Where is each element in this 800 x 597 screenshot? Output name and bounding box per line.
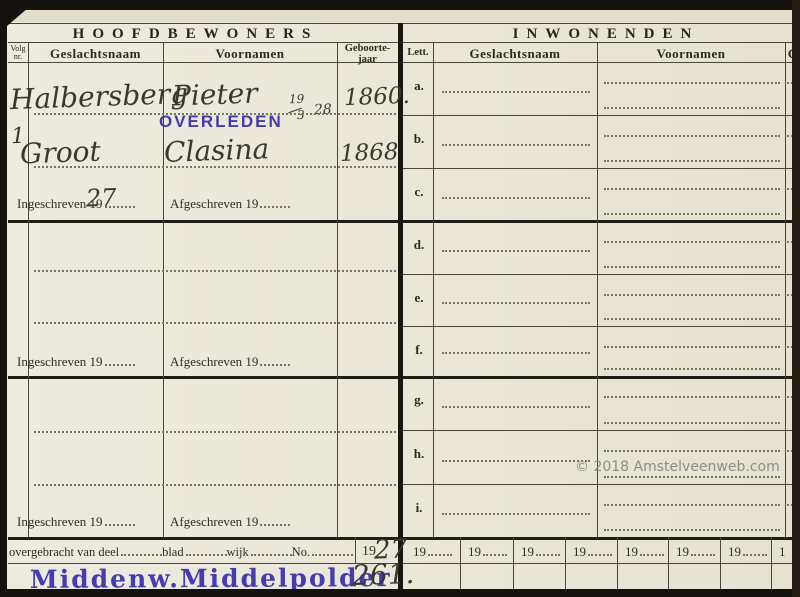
year-cell-label: 19 — [625, 544, 638, 559]
writing-line — [34, 270, 396, 272]
year-cell-label: 19 — [728, 544, 741, 559]
ingeschreven-text: Ingeschreven 19 — [17, 354, 103, 369]
wijk-label: wijk — [227, 545, 249, 560]
row-letter: g. — [406, 392, 432, 408]
ingeschreven-text: Ingeschreven 19 — [17, 514, 103, 529]
register-card-scan: HOOFDBEWONERS INWONENDEN Volg nr. Geslac… — [0, 0, 800, 597]
column-header-birthyear-line1: Geboorte- — [345, 43, 390, 54]
grid-line — [28, 42, 29, 537]
house-number-value: 261. — [351, 557, 414, 592]
year-cell: 19 — [625, 544, 664, 560]
writing-line — [442, 352, 590, 354]
section-title-inwonenden: INWONENDEN — [420, 26, 792, 43]
entry-birthyear: 1868 — [340, 139, 399, 167]
year-cell: 19 — [676, 544, 715, 560]
scan-edge — [0, 0, 800, 10]
death-date-month: 3 — [297, 108, 305, 122]
column-header-lett: Lett. — [403, 47, 433, 58]
year-cell: 19 — [728, 544, 767, 560]
writing-line — [604, 422, 780, 424]
dotted-leader — [640, 544, 664, 556]
year-cell: 19 — [413, 544, 452, 560]
row-letter: d. — [406, 237, 432, 253]
afgeschreven-text: Afgeschreven 19 — [170, 354, 258, 369]
section-title-hoofdbewoners: HOOFDBEWONERS — [8, 26, 383, 43]
writing-line — [604, 294, 780, 296]
grid-line — [668, 537, 669, 589]
writing-line — [604, 266, 780, 268]
column-header-surname-right: Geslachtsnaam — [433, 46, 597, 62]
year-cell-label: 19 — [521, 544, 534, 559]
dotted-leader — [743, 544, 767, 556]
year-cell-label: 19 — [413, 544, 426, 559]
writing-line — [604, 82, 780, 84]
year-cell-label: 19 — [468, 544, 481, 559]
writing-line — [604, 107, 780, 109]
grid-line — [720, 537, 721, 589]
entry-birthyear: 1860. — [344, 83, 411, 111]
writing-line — [34, 322, 396, 324]
writing-line — [604, 346, 780, 348]
column-header-surname-left: Geslachtsnaam — [28, 46, 163, 62]
scan-edge — [792, 0, 800, 597]
writing-line — [34, 484, 396, 486]
grid-line — [460, 537, 461, 589]
dotted-leader — [483, 544, 507, 556]
dotted-leader — [588, 544, 612, 556]
row-letter: f. — [406, 342, 432, 358]
grid-line — [433, 42, 434, 537]
writing-line — [604, 213, 780, 215]
writing-line — [604, 318, 780, 320]
row-letter: b. — [406, 131, 432, 147]
dotted-leader — [260, 196, 290, 208]
row-letter: i. — [406, 500, 432, 516]
writing-line — [442, 406, 590, 408]
deceased-stamp: OVERLEDEN — [159, 112, 283, 132]
dotted-leader — [691, 544, 715, 556]
year-cell: 19 — [468, 544, 507, 560]
death-date-year: 28 — [314, 102, 332, 119]
ingeschreven-label: Ingeschreven 19 — [17, 354, 135, 370]
grid-line — [771, 537, 772, 589]
writing-line — [34, 431, 396, 433]
year-cell-label: 19 — [573, 544, 586, 559]
ingeschreven-year-value: 27 — [86, 183, 118, 212]
afgeschreven-text: Afgeschreven 19 — [170, 196, 258, 211]
year-cell: 1 — [779, 544, 786, 560]
column-header-volgnr: Volg nr. — [8, 45, 28, 61]
writing-line — [442, 250, 590, 252]
writing-line — [34, 113, 396, 115]
writing-line — [34, 166, 396, 168]
writing-line — [442, 91, 590, 93]
grid-line — [565, 537, 566, 589]
writing-line — [442, 197, 590, 199]
dotted-leader — [260, 354, 290, 366]
writing-line — [442, 460, 590, 462]
writing-line — [604, 504, 780, 506]
writing-line — [442, 302, 590, 304]
entry-firstnames: Pieter — [171, 77, 258, 113]
year-cell-label: 1 — [779, 544, 786, 559]
dotted-leader — [251, 544, 292, 556]
dotted-leader — [105, 354, 135, 366]
writing-line — [604, 396, 780, 398]
grid-line — [617, 537, 618, 589]
writing-line — [604, 188, 780, 190]
year-cell: 19 — [521, 544, 560, 560]
entry-surname: Halbersberg — [9, 77, 188, 116]
transfer-row: overgebracht van deel blad wijk No. — [9, 544, 353, 560]
row-letter: e. — [406, 290, 432, 306]
dotted-leader — [121, 544, 162, 556]
writing-line — [604, 529, 780, 531]
death-date-day: 19 — [289, 92, 305, 107]
row-letter: a. — [406, 78, 432, 94]
writing-line — [604, 450, 780, 452]
dotted-leader — [260, 514, 290, 526]
entry-firstnames: Clasina — [163, 132, 269, 169]
writing-line — [604, 368, 780, 370]
dotted-leader — [536, 544, 560, 556]
afgeschreven-label: Afgeschreven 19 — [170, 514, 290, 530]
scan-edge — [0, 0, 7, 597]
row-letter: h. — [406, 446, 432, 462]
row-letter: c. — [406, 184, 432, 200]
column-header-firstnames-right: Voornamen — [597, 46, 785, 62]
dotted-leader — [428, 544, 452, 556]
writing-line — [442, 144, 590, 146]
grid-line — [337, 42, 338, 537]
dotted-leader — [186, 544, 227, 556]
ingeschreven-label: Ingeschreven 19 — [17, 514, 135, 530]
scan-edge — [0, 589, 800, 597]
writing-line — [604, 135, 780, 137]
no-label: No. — [292, 545, 310, 560]
afgeschreven-text: Afgeschreven 19 — [170, 514, 258, 529]
column-header-birthyear: Geboorte- jaar — [337, 43, 398, 65]
writing-line — [604, 476, 780, 478]
transfer-label: overgebracht van deel — [9, 545, 119, 560]
afgeschreven-label: Afgeschreven 19 — [170, 354, 290, 370]
dotted-leader — [105, 514, 135, 526]
writing-line — [442, 513, 590, 515]
column-header-volgnr-line2: nr. — [14, 52, 22, 61]
writing-line — [604, 160, 780, 162]
year-cell-label: 19 — [676, 544, 689, 559]
afgeschreven-label: Afgeschreven 19 — [170, 196, 290, 212]
year-cell: 19 — [573, 544, 612, 560]
grid-line — [513, 537, 514, 589]
dotted-leader — [312, 544, 353, 556]
watermark: © 2018 Amstelveenweb.com — [575, 459, 780, 475]
blad-label: blad — [162, 545, 184, 560]
column-header-birthyear-line2: jaar — [358, 54, 377, 65]
grid-line — [785, 42, 786, 537]
writing-line — [604, 241, 780, 243]
column-header-firstnames-left: Voornamen — [163, 46, 337, 62]
